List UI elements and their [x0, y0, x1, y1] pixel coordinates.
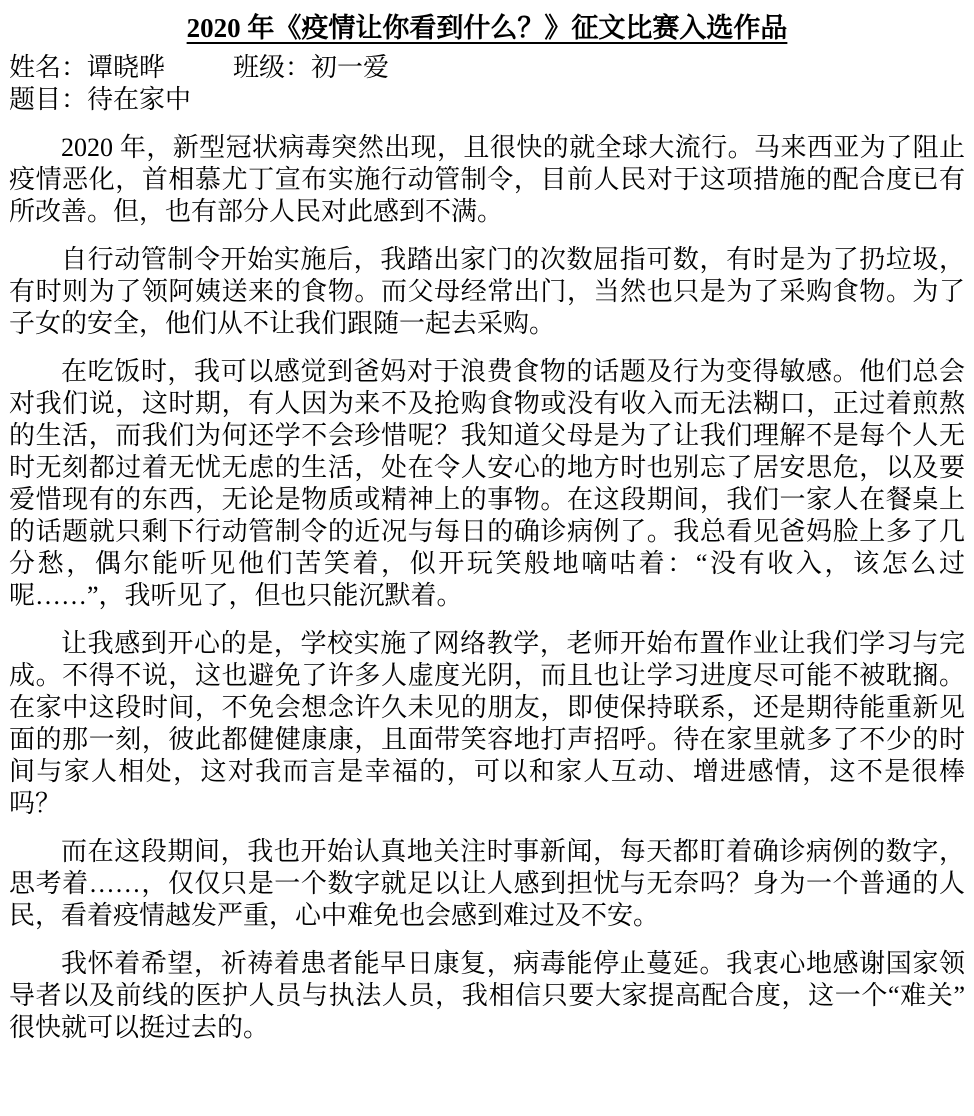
document-title: 2020 年《疫情让你看到什么？》征文比赛入选作品: [9, 8, 965, 48]
essay-title-label: 题目：: [9, 85, 87, 114]
essay-paragraph: 自行动管制令开始实施后，我踏出家门的次数屈指可数，有时是为了扔垃圾，有时则为了领…: [9, 244, 965, 340]
essay-body: 2020 年，新型冠状病毒突然出现，且很快的就全球大流行。马来西亚为了阻止疫情恶…: [9, 132, 965, 1044]
essay-paragraph: 让我感到开心的是，学校实施了网络教学，老师开始布置作业让我们学习与完成。不得不说…: [9, 628, 965, 820]
essay-paragraph: 在吃饭时，我可以感觉到爸妈对于浪费食物的话题及行为变得敏感。他们总会对我们说，这…: [9, 356, 965, 612]
essay-title-line: 题目：待在家中: [9, 84, 965, 116]
essay-title-value: 待在家中: [87, 85, 191, 114]
class-value: 初一爱: [311, 53, 389, 82]
essay-paragraph: 而在这段期间，我也开始认真地关注时事新闻，每天都盯着确诊病例的数字，思考着……，…: [9, 836, 965, 932]
document-page: 2020 年《疫情让你看到什么？》征文比赛入选作品 姓名：谭晓晔班级：初一爱 题…: [0, 0, 974, 1116]
name-value: 谭晓晔: [87, 53, 165, 82]
author-info-line: 姓名：谭晓晔班级：初一爱: [9, 52, 965, 84]
class-label: 班级：: [233, 53, 311, 82]
essay-paragraph: 我怀着希望，祈祷着患者能早日康复，病毒能停止蔓延。我衷心地感谢国家领导者以及前线…: [9, 948, 965, 1044]
essay-paragraph: 2020 年，新型冠状病毒突然出现，且很快的就全球大流行。马来西亚为了阻止疫情恶…: [9, 132, 965, 228]
name-label: 姓名：: [9, 53, 87, 82]
